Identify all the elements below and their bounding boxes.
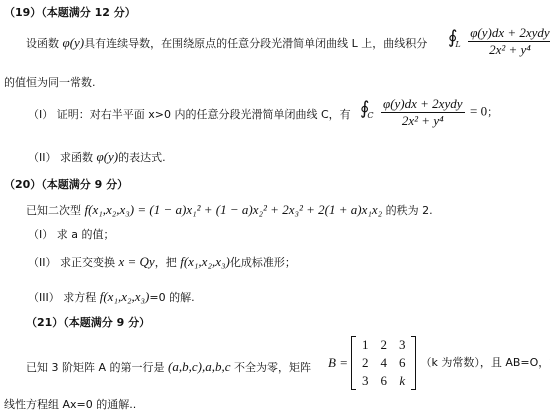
matrix-cell: 1 — [356, 336, 375, 354]
q19-intro: 设函数 φ(y)具有连续导数，在围绕原点的任意分段光滑简单闭曲线 L 上，曲线积… — [26, 36, 427, 51]
q21-intro-mid: 不全为零，矩阵 — [234, 361, 311, 374]
fraction-denominator: 2x² + y⁴ — [402, 113, 444, 128]
q19-header: （19）（本题满分 12 分） — [4, 6, 136, 20]
q21-matrix-block: B = 1 2 3 2 4 6 3 6 k （k 为常数），且 AB=O，求 — [328, 336, 550, 390]
phi-function: φ(y) — [63, 35, 85, 50]
row-formula: (a,b,c),a,b,c — [168, 359, 230, 374]
q21-end-line: 线性方程组 Ax=0 的通解.. — [4, 398, 136, 412]
q19-intro-mid: 具有连续导数，在围绕原点的任意分段光滑简单闭曲线 L 上，曲线积分 — [84, 37, 427, 50]
integral-subscript-L: L — [455, 40, 460, 49]
part2-suffix: 化成标准形； — [230, 256, 296, 269]
q19-part1: （I） 证明：对右半平面 x>0 内的任意分段光滑简单闭曲线 C，有 — [28, 108, 351, 122]
f-function: f(x₁,x₂,x₃) — [180, 254, 230, 269]
q21-header: （21）（本题满分 9 分） — [26, 316, 150, 330]
part1-label: （I） — [28, 228, 53, 241]
part2-label: （II） — [28, 256, 57, 269]
part2-prefix: 求正交变换 — [60, 256, 115, 269]
matrix-cell: 4 — [374, 354, 393, 372]
matrix-cell: 6 — [393, 354, 412, 372]
part1-text: 证明：对右半平面 x>0 内的任意分段光滑简单闭曲线 C，有 — [57, 108, 351, 121]
q20-intro-prefix: 已知二次型 — [26, 204, 81, 217]
part2-mid: ，把 — [155, 256, 177, 269]
matrix-cell: 2 — [356, 354, 375, 372]
q20-intro-suffix: 的秩为 2. — [386, 204, 433, 217]
integral-subscript-C: C — [367, 111, 373, 120]
matrix-cell: k — [393, 372, 412, 390]
part3-prefix: 求方程 — [63, 291, 96, 304]
quadratic-form-formula: f(x₁,x₂,x₃) = (1 − a)x₁² + (1 − a)x₂² + … — [85, 202, 383, 217]
q19-intro-prefix: 设函数 — [26, 37, 59, 50]
q19-part1-integral: ∮C φ(y)dx + 2xydy 2x² + y⁴ = 0； — [360, 97, 498, 128]
q19-part2: （II） 求函数 φ(y)的表达式. — [28, 150, 166, 165]
part3-label: （III） — [28, 291, 60, 304]
contour-integral-icon: ∮L — [448, 27, 463, 48]
f-function: f(x₁,x₂,x₃) — [100, 289, 150, 304]
q21-intro-prefix: 已知 3 阶矩阵 A 的第一行是 — [26, 361, 165, 374]
part3-suffix: =0 的解. — [149, 291, 194, 304]
part2-suffix: 的表达式. — [118, 151, 166, 164]
q20-header: （20）（本题满分 9 分） — [4, 178, 128, 192]
contour-integral-icon: ∮C — [360, 98, 376, 119]
q20-part1: （I） 求 a 的值； — [28, 228, 114, 242]
part2-label: （II） — [28, 151, 57, 164]
q20-part3: （III） 求方程 f(x₁,x₂,x₃)=0 的解. — [28, 290, 195, 305]
part1-label: （I） — [28, 108, 53, 121]
matrix-cell: 6 — [374, 372, 393, 390]
matrix-B: 1 2 3 2 4 6 3 6 k — [351, 336, 417, 390]
part1-text: 求 a 的值； — [57, 228, 115, 241]
part1-end: ； — [487, 106, 498, 119]
q21-intro-suffix: （k 为常数），且 AB=O，求 — [420, 356, 550, 370]
orthogonal-transform-formula: x = Qy — [119, 254, 155, 269]
matrix-cell: 2 — [374, 336, 393, 354]
q20-intro: 已知二次型 f(x₁,x₂,x₃) = (1 − a)x₁² + (1 − a)… — [26, 203, 433, 218]
q19-intro-end: 的值恒为同一常数. — [4, 76, 96, 90]
integral-fraction: φ(y)dx + 2xydy 2x² + y⁴ — [381, 97, 464, 128]
matrix-B-label: B = — [328, 356, 348, 370]
matrix-cell: 3 — [393, 336, 412, 354]
part2-prefix: 求函数 — [60, 151, 93, 164]
q21-intro: 已知 3 阶矩阵 A 的第一行是 (a,b,c),a,b,c 不全为零，矩阵 — [26, 360, 311, 375]
integral-fraction: φ(y)dx + 2xydy 2x² + y⁴ — [468, 26, 550, 57]
q19-integral: ∮L φ(y)dx + 2xydy 2x² + y⁴ — [448, 26, 550, 57]
fraction-numerator: φ(y)dx + 2xydy — [381, 97, 464, 113]
fraction-numerator: φ(y)dx + 2xydy — [468, 26, 550, 42]
matrix-cell: 3 — [356, 372, 375, 390]
equals-zero: = 0 — [470, 104, 487, 119]
phi-function: φ(y) — [97, 149, 119, 164]
fraction-denominator: 2x² + y⁴ — [489, 42, 531, 57]
q20-part2: （II） 求正交变换 x = Qy，把 f(x₁,x₂,x₃)化成标准形； — [28, 255, 296, 270]
